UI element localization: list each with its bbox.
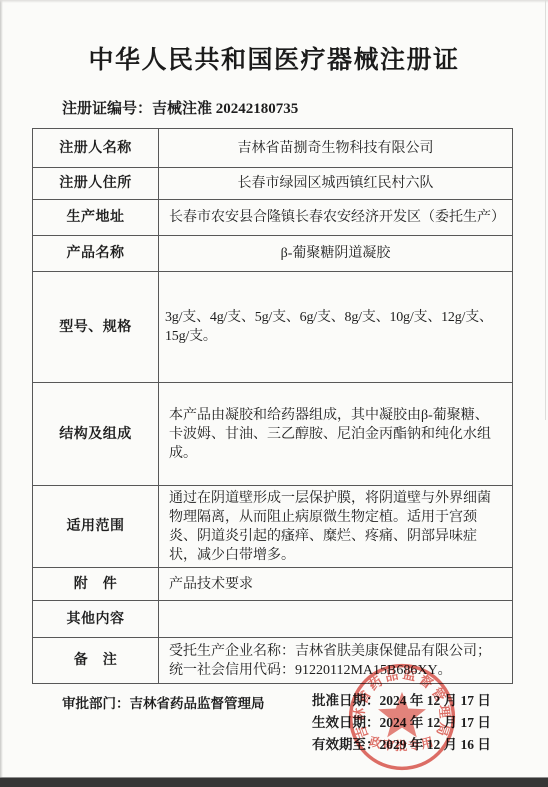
- table-row: 其他内容: [33, 601, 513, 638]
- row-label-scope: 适用范围: [33, 486, 159, 568]
- row-value-remark: 受托生产企业名称：吉林省肤美康保健品有限公司； 统一社会信用代码：9122011…: [159, 638, 513, 684]
- table-row: 型号、规格 3g/支、4g/支、5g/支、6g/支、8g/支、10g/支、12g…: [33, 272, 513, 383]
- row-label-registrant-name: 注册人名称: [33, 129, 159, 168]
- approve-date-line: 批准日期：2024 年 12 月 17 日: [312, 690, 491, 712]
- row-value-registrant-address: 长春市绿园区城西镇红民村六队: [159, 168, 513, 200]
- row-value-scope: 通过在阴道壁形成一层保护膜，将阴道壁与外界细菌物理隔离，从而阻止病原微生物定植。…: [159, 486, 513, 568]
- table-row: 生产地址 长春市农安县合隆镇长春农安经济开发区（委托生产）: [33, 200, 513, 236]
- row-label-attachment: 附 件: [33, 568, 159, 601]
- row-label-product-name: 产品名称: [33, 236, 159, 272]
- row-label-registrant-address: 注册人住所: [33, 168, 159, 200]
- scan-bottom-edge: [0, 777, 548, 787]
- row-label-structure: 结构及组成: [33, 383, 159, 486]
- row-value-product-name: β-葡聚糖阴道凝胶: [159, 236, 513, 272]
- row-value-registrant-name: 吉林省苗捌奇生物科技有限公司: [159, 129, 513, 168]
- table-row: 结构及组成 本产品由凝胶和给药器组成，其中凝胶由β-葡聚糖、卡波姆、甘油、三乙醇…: [33, 383, 513, 486]
- approval-department: 审批部门：吉林省药品监督管理局: [62, 692, 265, 712]
- row-value-other: [159, 601, 513, 638]
- row-label-production-address: 生产地址: [33, 200, 159, 236]
- table-row: 注册人名称 吉林省苗捌奇生物科技有限公司: [33, 129, 513, 168]
- effective-date-label: 生效日期：: [312, 715, 380, 730]
- page-edge-left: [0, 0, 3, 787]
- row-label-other: 其他内容: [33, 601, 159, 638]
- approval-department-label: 审批部门：: [62, 696, 130, 711]
- approve-date-label: 批准日期：: [312, 693, 380, 708]
- expiry-date-line: 有效期至：2029 年 12 月 16 日: [312, 734, 491, 756]
- table-row: 适用范围 通过在阴道壁形成一层保护膜，将阴道壁与外界细菌物理隔离，从而阻止病原微…: [33, 486, 513, 568]
- certificate-table: 注册人名称 吉林省苗捌奇生物科技有限公司 注册人住所 长春市绿园区城西镇红民村六…: [32, 128, 513, 684]
- cert-number-value: 吉械注准 20242180735: [152, 101, 298, 117]
- page-title: 中华人民共和国医疗器械注册证: [0, 40, 548, 76]
- table-row: 注册人住所 长春市绿园区城西镇红民村六队: [33, 168, 513, 200]
- certificate-page: 中华人民共和国医疗器械注册证 注册证编号：吉械注准 20242180735 注册…: [0, 0, 548, 787]
- row-value-attachment: 产品技术要求: [159, 568, 513, 601]
- table-row: 备 注 受托生产企业名称：吉林省肤美康保健品有限公司； 统一社会信用代码：912…: [33, 638, 513, 684]
- approval-department-value: 吉林省药品监督管理局: [130, 696, 265, 711]
- row-value-structure: 本产品由凝胶和给药器组成，其中凝胶由β-葡聚糖、卡波姆、甘油、三乙醇胺、尼泊金丙…: [159, 383, 513, 486]
- row-label-remark: 备 注: [33, 638, 159, 684]
- footer-dates: 批准日期：2024 年 12 月 17 日 生效日期：2024 年 12 月 1…: [312, 690, 491, 756]
- page-edge-top: [0, 0, 548, 3]
- row-value-model-spec: 3g/支、4g/支、5g/支、6g/支、8g/支、10g/支、12g/支、15g…: [159, 272, 513, 383]
- effective-date-line: 生效日期：2024 年 12 月 17 日: [312, 712, 491, 734]
- approve-date-value: 2024 年 12 月 17 日: [380, 693, 491, 708]
- table-row: 产品名称 β-葡聚糖阴道凝胶: [33, 236, 513, 272]
- expiry-date-label: 有效期至：: [312, 737, 380, 752]
- cert-number-label: 注册证编号：: [62, 101, 152, 117]
- expiry-date-value: 2029 年 12 月 16 日: [380, 737, 491, 752]
- row-value-production-address: 长春市农安县合隆镇长春农安经济开发区（委托生产）: [159, 200, 513, 236]
- cert-number-line: 注册证编号：吉械注准 20242180735: [62, 97, 298, 118]
- effective-date-value: 2024 年 12 月 17 日: [380, 715, 491, 730]
- row-label-model-spec: 型号、规格: [33, 272, 159, 383]
- table-row: 附 件 产品技术要求: [33, 568, 513, 601]
